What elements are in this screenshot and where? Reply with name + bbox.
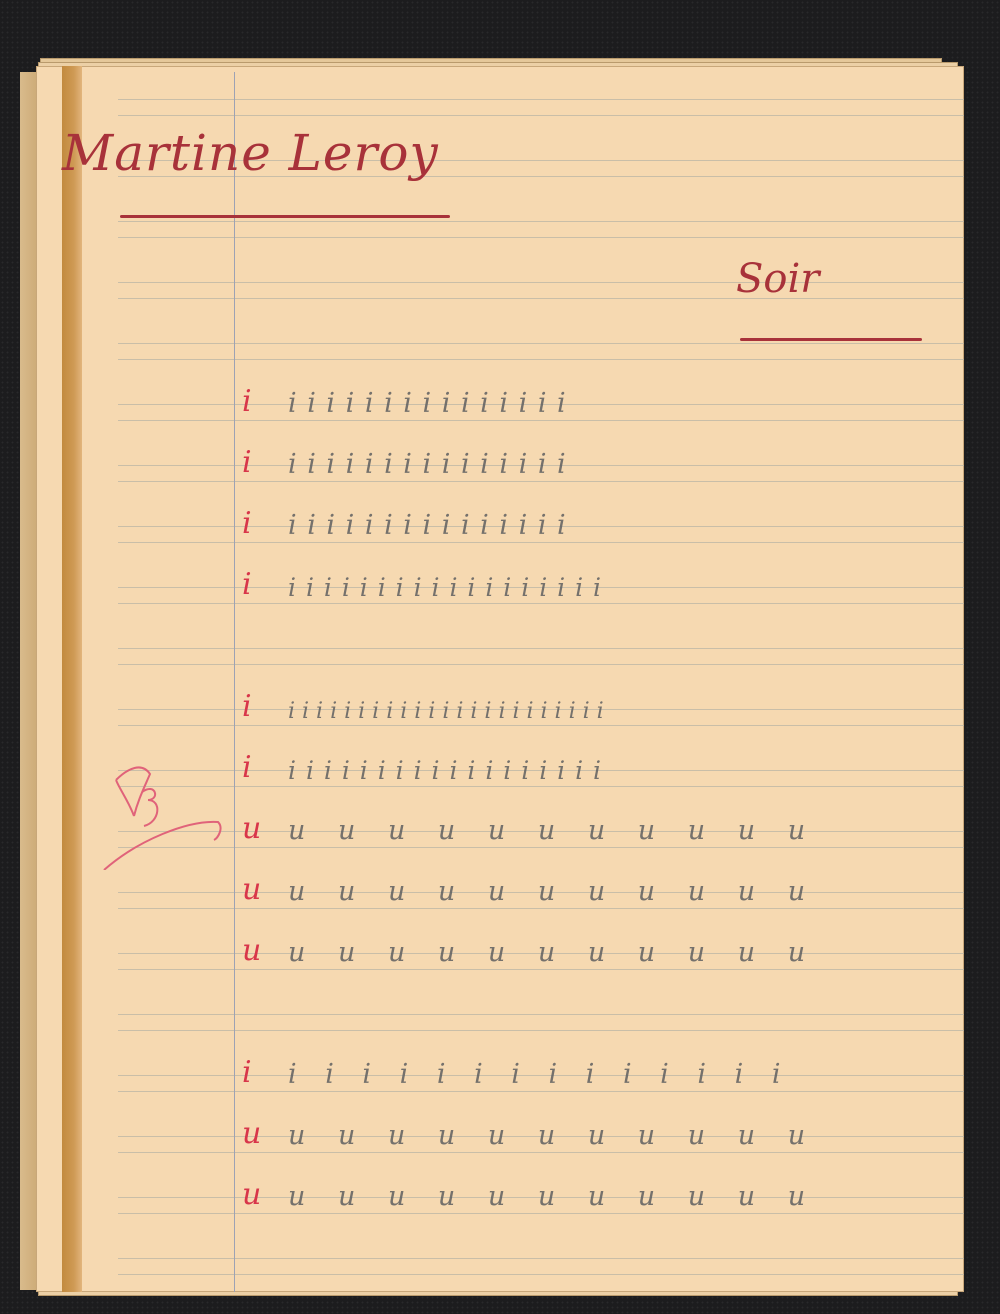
- ruled-line: [118, 343, 964, 344]
- practice-letters: i i i i i i i i i i i i i i i: [288, 388, 567, 419]
- ruled-line: [118, 481, 964, 482]
- practice-letters: u u u u u u u u u u u: [288, 937, 806, 968]
- practice-row: i i i i i i i i i i i i i i i i i i i: [242, 750, 602, 785]
- ruled-line: [118, 908, 964, 909]
- practice-letters: i i i i i i i i i i i i i i i i i i i i …: [288, 699, 604, 724]
- ruled-line: [118, 1274, 964, 1275]
- margin-line: [234, 72, 235, 1292]
- practice-letters: u u u u u u u u u u u: [288, 815, 806, 846]
- practice-letters: u u u u u u u u u u u: [288, 1181, 806, 1212]
- practice-letters: u u u u u u u u u u u: [288, 1120, 806, 1151]
- ruled-line: [118, 1258, 964, 1259]
- ruled-line: [118, 603, 964, 604]
- ruled-line: [118, 1014, 964, 1015]
- practice-row: u u u u u u u u u u u u: [242, 933, 806, 968]
- ruled-line: [118, 115, 964, 116]
- model-letter: i: [242, 750, 288, 785]
- ruled-line: [118, 298, 964, 299]
- practice-row: i i i i i i i i i i i i i i i: [242, 1055, 781, 1090]
- ruled-line: [118, 1030, 964, 1031]
- ruled-line: [118, 969, 964, 970]
- ruled-line: [118, 1213, 964, 1214]
- model-letter: u: [242, 1177, 288, 1212]
- model-letter: u: [242, 1116, 288, 1151]
- ruled-line: [118, 786, 964, 787]
- practice-row: i i i i i i i i i i i i i i i i: [242, 506, 567, 541]
- ruled-line: [118, 725, 964, 726]
- model-letter: u: [242, 933, 288, 968]
- model-letter: i: [242, 445, 288, 480]
- model-letter: i: [242, 689, 288, 724]
- practice-letters: i i i i i i i i i i i i i i: [288, 1059, 781, 1090]
- ruled-line: [118, 847, 964, 848]
- practice-letters: u u u u u u u u u u u: [288, 876, 806, 907]
- model-letter: i: [242, 567, 288, 602]
- practice-letters: i i i i i i i i i i i i i i i: [288, 510, 567, 541]
- practice-row: i i i i i i i i i i i i i i i i: [242, 445, 567, 480]
- session-label: Soir: [736, 256, 819, 302]
- ruled-line: [118, 1091, 964, 1092]
- name-underline: [120, 215, 450, 218]
- ruled-line: [118, 221, 964, 222]
- student-name: Martine Leroy: [62, 124, 439, 182]
- ruled-line: [118, 420, 964, 421]
- practice-row: u u u u u u u u u u u u: [242, 1177, 806, 1212]
- practice-row: u u u u u u u u u u u u: [242, 811, 806, 846]
- model-letter: u: [242, 872, 288, 907]
- practice-letters: i i i i i i i i i i i i i i i i i i: [288, 573, 602, 602]
- ruled-line: [118, 542, 964, 543]
- notebook-page: Martine Leroy Soir B i i i i i i i i i i…: [36, 66, 964, 1292]
- practice-row: i i i i i i i i i i i i i i i i i i i: [242, 567, 602, 602]
- model-letter: u: [242, 811, 288, 846]
- model-letter: i: [242, 384, 288, 419]
- session-underline: [740, 338, 922, 341]
- practice-row: u u u u u u u u u u u u: [242, 1116, 806, 1151]
- practice-row: i i i i i i i i i i i i i i i i: [242, 384, 567, 419]
- model-letter: i: [242, 506, 288, 541]
- teacher-mark-icon: [98, 760, 228, 870]
- ruled-line: [118, 664, 964, 665]
- binding-strip: [62, 66, 82, 1292]
- ruled-line: [118, 648, 964, 649]
- practice-letters: i i i i i i i i i i i i i i i i i i: [288, 756, 602, 785]
- ruled-line: [118, 237, 964, 238]
- ruled-line: [118, 282, 964, 283]
- model-letter: i: [242, 1055, 288, 1090]
- practice-row: u u u u u u u u u u u u: [242, 872, 806, 907]
- practice-letters: i i i i i i i i i i i i i i i: [288, 449, 567, 480]
- ruled-line: [118, 99, 964, 100]
- ruled-line: [118, 359, 964, 360]
- practice-row: i i i i i i i i i i i i i i i i i i i i …: [242, 689, 604, 724]
- ruled-line: [118, 1152, 964, 1153]
